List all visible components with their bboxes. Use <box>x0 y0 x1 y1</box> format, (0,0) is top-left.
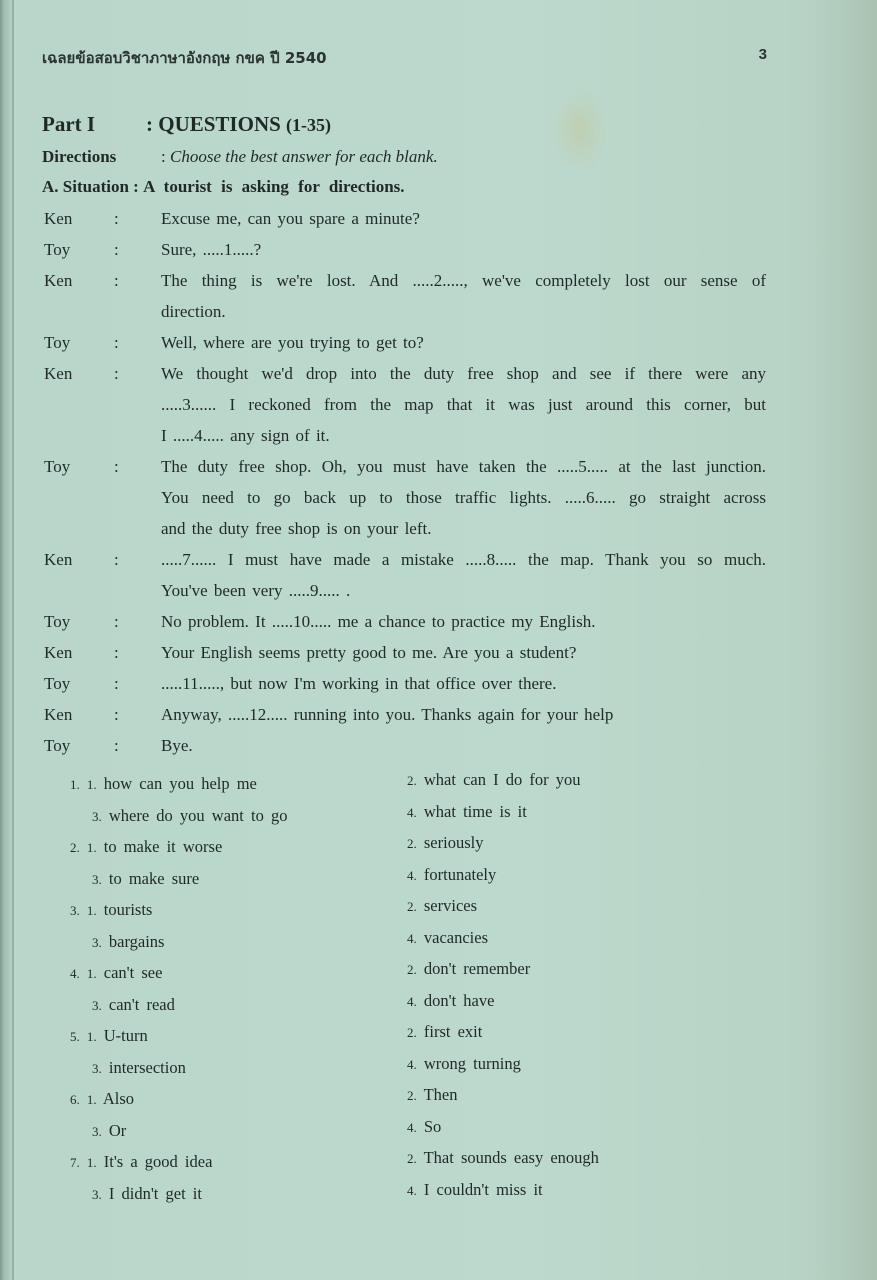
dialogue-text: Anyway, .....12..... running into you. T… <box>161 704 766 735</box>
answer-option[interactable]: 2. what can I do for you <box>407 770 580 790</box>
dialogue-line: You need to go back up to those traffic … <box>161 487 766 518</box>
dialogue-text: Excuse me, can you spare a minute? <box>161 208 766 239</box>
option-number: 3. <box>92 935 102 950</box>
part-title: : QUESTIONS <box>146 112 281 137</box>
situation-text: A tourist is asking for directions. <box>143 177 404 197</box>
directions: Directions : Choose the best answer for … <box>42 147 438 167</box>
answer-option[interactable]: 5. 1. U-turn <box>70 1026 148 1046</box>
answer-option[interactable]: 4. don't have <box>407 991 494 1011</box>
speaker-separator: : <box>114 643 161 663</box>
answer-option[interactable]: 2. Then <box>407 1085 457 1105</box>
option-text: can't see <box>104 963 163 982</box>
option-number: 1. <box>87 777 97 792</box>
part-label: Part I <box>42 112 146 137</box>
dialogue-text: The thing is we're lost. And .....2.....… <box>161 270 766 332</box>
speaker-name: Toy <box>44 612 114 632</box>
option-text: don't have <box>424 991 495 1010</box>
option-text: Also <box>103 1089 134 1108</box>
dialogue-turn: Ken:Excuse me, can you spare a minute? <box>44 208 766 239</box>
dialogue-line: You've been very .....9..... . <box>161 580 766 611</box>
speaker-name: Ken <box>44 364 114 384</box>
dialogue-line: The duty free shop. Oh, you must have ta… <box>161 456 766 487</box>
speaker-separator: : <box>114 240 161 260</box>
dialogue-line: .....7...... I must have made a mistake … <box>161 549 766 580</box>
speaker-name: Toy <box>44 736 114 756</box>
option-text: what can I do for you <box>424 770 581 789</box>
dialogue-line: Anyway, .....12..... running into you. T… <box>161 704 766 735</box>
dialogue-text: We thought we'd drop into the duty free … <box>161 363 766 456</box>
situation-label: A. Situation <box>42 177 129 197</box>
dialogue-line: The thing is we're lost. And .....2.....… <box>161 270 766 301</box>
question-number: 5. <box>70 1029 80 1044</box>
answer-option[interactable]: 3. to make sure <box>92 869 199 889</box>
option-number: 1. <box>87 1155 97 1170</box>
option-text: how can you help me <box>104 774 257 793</box>
dialogue-text: .....7...... I must have made a mistake … <box>161 549 766 611</box>
option-text: vacancies <box>424 928 488 947</box>
directions-text: Choose the best answer for each blank. <box>170 147 438 167</box>
answer-option[interactable]: 7. 1. It's a good idea <box>70 1152 212 1172</box>
dialogue-text: Sure, .....1.....? <box>161 239 766 270</box>
page-number: 3 <box>759 46 767 70</box>
page-binding-edge <box>12 0 14 1280</box>
answer-option[interactable]: 6. 1. Also <box>70 1089 134 1109</box>
situation: A. Situation : A tourist is asking for d… <box>42 177 405 197</box>
answer-option[interactable]: 4. 1. can't see <box>70 963 162 983</box>
speaker-separator: : <box>114 333 161 353</box>
directions-label: Directions <box>42 147 161 167</box>
dialogue-line: Excuse me, can you spare a minute? <box>161 208 766 239</box>
answer-option[interactable]: 4. vacancies <box>407 928 488 948</box>
speaker-separator: : <box>114 674 161 694</box>
option-number: 3. <box>92 809 102 824</box>
dialogue-line: I .....4..... any sign of it. <box>161 425 766 456</box>
directions-sep: : <box>161 147 166 167</box>
dialogue-line: .....3...... I reckoned from the map tha… <box>161 394 766 425</box>
option-text: So <box>424 1117 441 1136</box>
option-text: wrong turning <box>424 1054 521 1073</box>
speaker-separator: : <box>114 550 161 570</box>
dialogue-turn: Toy:Well, where are you trying to get to… <box>44 332 766 363</box>
option-text: services <box>424 896 477 915</box>
speaker-name: Ken <box>44 643 114 663</box>
option-text: That sounds easy enough <box>424 1148 599 1167</box>
answer-option[interactable]: 4. wrong turning <box>407 1054 521 1074</box>
question-number: 1. <box>70 777 80 792</box>
option-text: I didn't get it <box>109 1184 202 1203</box>
option-number: 1. <box>87 966 97 981</box>
option-number: 2. <box>407 962 417 977</box>
answer-option[interactable]: 4. fortunately <box>407 865 496 885</box>
dialogue-turn: Toy:The duty free shop. Oh, you must hav… <box>44 456 766 549</box>
dialogue-turn: Toy:.....11....., but now I'm working in… <box>44 673 766 704</box>
answer-option[interactable]: 4. So <box>407 1117 441 1137</box>
option-text: what time is it <box>424 802 527 821</box>
speaker-separator: : <box>114 209 161 229</box>
answer-option[interactable]: 2. services <box>407 896 477 916</box>
speaker-name: Ken <box>44 209 114 229</box>
question-number: 7. <box>70 1155 80 1170</box>
option-number: 2. <box>407 773 417 788</box>
option-number: 4. <box>407 868 417 883</box>
answer-option[interactable]: 2. That sounds easy enough <box>407 1148 599 1168</box>
dialogue-text: The duty free shop. Oh, you must have ta… <box>161 456 766 549</box>
dialogue-text: Bye. <box>161 735 766 766</box>
question-number: 4. <box>70 966 80 981</box>
answer-option[interactable]: 2. seriously <box>407 833 483 853</box>
speaker-separator: : <box>114 705 161 725</box>
speaker-separator: : <box>114 736 161 756</box>
option-text: seriously <box>424 833 484 852</box>
speaker-name: Ken <box>44 550 114 570</box>
dialogue-turn: Toy:No problem. It .....10..... me a cha… <box>44 611 766 642</box>
dialogue-text: .....11....., but now I'm working in tha… <box>161 673 766 704</box>
answer-option[interactable]: 3. 1. tourists <box>70 900 152 920</box>
answer-option[interactable]: 1. 1. how can you help me <box>70 774 257 794</box>
option-number: 2. <box>407 1088 417 1103</box>
option-number: 4. <box>407 1057 417 1072</box>
option-text: where do you want to go <box>109 806 288 825</box>
dialogue-line: Bye. <box>161 735 766 766</box>
option-text: don't remember <box>424 959 530 978</box>
question-number: 3. <box>70 903 80 918</box>
option-number: 3. <box>92 1061 102 1076</box>
speaker-separator: : <box>114 457 161 477</box>
option-number: 4. <box>407 1183 417 1198</box>
option-number: 3. <box>92 1124 102 1139</box>
answer-option[interactable]: 3. can't read <box>92 995 175 1015</box>
speaker-separator: : <box>114 271 161 291</box>
option-text: It's a good idea <box>104 1152 213 1171</box>
header-title: เฉลยข้อสอบวิชาภาษาอังกฤษ กขค ปี 2540 <box>42 46 327 70</box>
part-range: (1-35) <box>286 115 331 136</box>
answer-option[interactable]: 3. where do you want to go <box>92 806 287 826</box>
question-number: 2. <box>70 840 80 855</box>
option-text: tourists <box>104 900 153 919</box>
option-number: 3. <box>92 998 102 1013</box>
answer-option[interactable]: 3. intersection <box>92 1058 186 1078</box>
answer-option[interactable]: 4. I couldn't miss it <box>407 1180 543 1200</box>
option-text: fortunately <box>424 865 496 884</box>
exam-page: เฉลยข้อสอบวิชาภาษาอังกฤษ กขค ปี 2540 3 P… <box>0 0 877 1280</box>
option-text: to make it worse <box>104 837 223 856</box>
speaker-name: Toy <box>44 333 114 353</box>
dialogue-turn: Toy:Sure, .....1.....? <box>44 239 766 270</box>
option-text: Or <box>109 1121 126 1140</box>
question-number: 6. <box>70 1092 80 1107</box>
option-number: 1. <box>87 1092 97 1107</box>
option-text: intersection <box>109 1058 186 1077</box>
speaker-name: Ken <box>44 705 114 725</box>
situation-sep: : <box>133 177 139 197</box>
speaker-name: Ken <box>44 271 114 291</box>
speaker-separator: : <box>114 612 161 632</box>
option-number: 4. <box>407 931 417 946</box>
option-number: 1. <box>87 1029 97 1044</box>
dialogue-turn: Ken:We thought we'd drop into the duty f… <box>44 363 766 456</box>
speaker-separator: : <box>114 364 161 384</box>
dialogue-line: We thought we'd drop into the duty free … <box>161 363 766 394</box>
dialogue-turn: Ken:Your English seems pretty good to me… <box>44 642 766 673</box>
option-number: 4. <box>407 994 417 1009</box>
dialogue-line: and the duty free shop is on your left. <box>161 518 766 549</box>
option-text: bargains <box>109 932 165 951</box>
option-number: 4. <box>407 805 417 820</box>
option-number: 2. <box>407 899 417 914</box>
dialogue-line: Your English seems pretty good to me. Ar… <box>161 642 766 673</box>
answer-option[interactable]: 3. I didn't get it <box>92 1184 202 1204</box>
option-text: first exit <box>424 1022 482 1041</box>
answer-option[interactable]: 2. 1. to make it worse <box>70 837 222 857</box>
option-number: 2. <box>407 1151 417 1166</box>
option-text: can't read <box>109 995 175 1014</box>
dialogue-line: Well, where are you trying to get to? <box>161 332 766 363</box>
dialogue-line: No problem. It .....10..... me a chance … <box>161 611 766 642</box>
option-number: 1. <box>87 840 97 855</box>
option-number: 2. <box>407 1025 417 1040</box>
option-number: 1. <box>87 903 97 918</box>
option-number: 4. <box>407 1120 417 1135</box>
page-header: เฉลยข้อสอบวิชาภาษาอังกฤษ กขค ปี 2540 3 <box>42 46 767 70</box>
speaker-name: Toy <box>44 674 114 694</box>
dialogue-line: Sure, .....1.....? <box>161 239 766 270</box>
dialogue-line: direction. <box>161 301 766 332</box>
option-text: Then <box>424 1085 458 1104</box>
option-number: 3. <box>92 1187 102 1202</box>
dialogue-turn: Toy:Bye. <box>44 735 766 766</box>
dialogue-text: No problem. It .....10..... me a chance … <box>161 611 766 642</box>
dialogue-turn: Ken:The thing is we're lost. And .....2.… <box>44 270 766 332</box>
speaker-name: Toy <box>44 240 114 260</box>
dialogue-turn: Ken:.....7...... I must have made a mist… <box>44 549 766 611</box>
dialogue-text: Your English seems pretty good to me. Ar… <box>161 642 766 673</box>
answer-option[interactable]: 3. Or <box>92 1121 126 1141</box>
dialogue-turn: Ken:Anyway, .....12..... running into yo… <box>44 704 766 735</box>
answer-option[interactable]: 4. what time is it <box>407 802 527 822</box>
option-text: U-turn <box>104 1026 148 1045</box>
answer-option[interactable]: 2. don't remember <box>407 959 530 979</box>
answer-option[interactable]: 3. bargains <box>92 932 164 952</box>
option-number: 2. <box>407 836 417 851</box>
part-heading: Part I : QUESTIONS (1-35) <box>42 112 331 137</box>
option-text: to make sure <box>109 869 199 888</box>
option-text: I couldn't miss it <box>424 1180 543 1199</box>
dialogue-text: Well, where are you trying to get to? <box>161 332 766 363</box>
dialogue-line: .....11....., but now I'm working in tha… <box>161 673 766 704</box>
speaker-name: Toy <box>44 457 114 477</box>
option-number: 3. <box>92 872 102 887</box>
answer-option[interactable]: 2. first exit <box>407 1022 482 1042</box>
